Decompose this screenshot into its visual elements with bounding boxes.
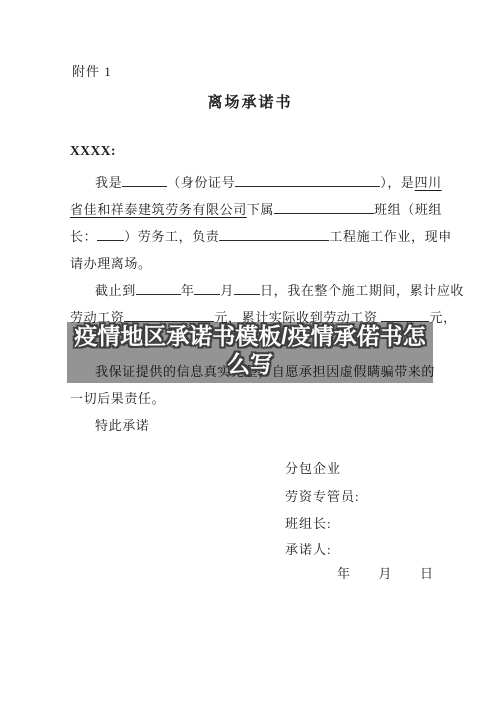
- p1-line3: 长：）劳务工，负责工程施工作业，现申: [70, 223, 436, 250]
- underlined-text: 省佳和祥泰建筑劳务有限公司: [70, 202, 247, 217]
- text-run: 日，我在整个施工期间，累计应收: [260, 283, 464, 298]
- text-run: 特此承诺: [95, 418, 149, 433]
- blank-underline: [122, 173, 167, 187]
- blank-underline: [235, 173, 380, 187]
- text-run: 一切后果责任。: [70, 391, 165, 406]
- closing-line: 特此承诺: [70, 412, 436, 439]
- text-run: ），是: [380, 175, 414, 190]
- watermark-title: 疫情地区承诺书模板/疫情承偌书怎 么写: [50, 322, 450, 378]
- blank-underline: [124, 308, 214, 322]
- date-line: 年 月 日: [337, 563, 433, 582]
- blank-underline: [381, 308, 429, 322]
- document-page: 附件 1 离场承诺书 XXXX: 我是（身份证号），是四川省佳和祥泰建筑劳务有限…: [0, 0, 500, 706]
- p2-line1: 截止到年月日，我在整个施工期间，累计应收: [70, 277, 436, 304]
- signature-company-label: 分包企业: [285, 458, 341, 477]
- p1-line4: 请办理离场。: [70, 250, 436, 277]
- date-year-label: 年: [337, 563, 350, 582]
- blank-underline: [194, 281, 220, 295]
- blank-underline: [219, 227, 329, 241]
- text-run: 截止到: [95, 283, 136, 298]
- date-month-label: 月: [378, 563, 391, 582]
- document-body: 我是（身份证号），是四川省佳和祥泰建筑劳务有限公司下属班组（班组长：）劳务工，负…: [70, 169, 436, 439]
- date-day-label: 日: [420, 563, 433, 582]
- text-run: 请办理离场。: [70, 256, 152, 271]
- text-run: 长：: [70, 229, 97, 244]
- signature-labor-supervisor-label: 劳资专管员:: [285, 486, 360, 505]
- salutation: XXXX:: [70, 143, 116, 159]
- text-run: 月: [220, 283, 234, 298]
- text-run: 下属: [247, 202, 274, 217]
- p1-line2: 省佳和祥泰建筑劳务有限公司下属班组（班组: [70, 196, 436, 223]
- blank-underline: [274, 200, 374, 214]
- text-run: 班组（班组: [374, 202, 442, 217]
- text-run: ）劳务工，负责: [124, 229, 219, 244]
- underlined-text: 四川: [415, 175, 442, 190]
- p3-line2: 一切后果责任。: [70, 385, 436, 412]
- blank-underline: [97, 227, 124, 241]
- text-run: （身份证号: [167, 175, 235, 190]
- p1-line1: 我是（身份证号），是四川: [70, 169, 436, 196]
- signature-team-leader-label: 班组长:: [285, 513, 332, 532]
- watermark-title-line1: 疫情地区承诺书模板/疫情承偌书怎: [50, 322, 450, 350]
- watermark-title-line2: 么写: [50, 350, 450, 378]
- blank-underline: [136, 281, 181, 295]
- document-title: 离场承诺书: [0, 91, 500, 112]
- attachment-label: 附件 1: [72, 61, 112, 80]
- text-run: 工程施工作业，现申: [329, 229, 451, 244]
- text-run: 年: [181, 283, 195, 298]
- signature-promiser-label: 承诺人:: [285, 539, 332, 558]
- text-run: 我是: [95, 175, 122, 190]
- blank-underline: [234, 281, 260, 295]
